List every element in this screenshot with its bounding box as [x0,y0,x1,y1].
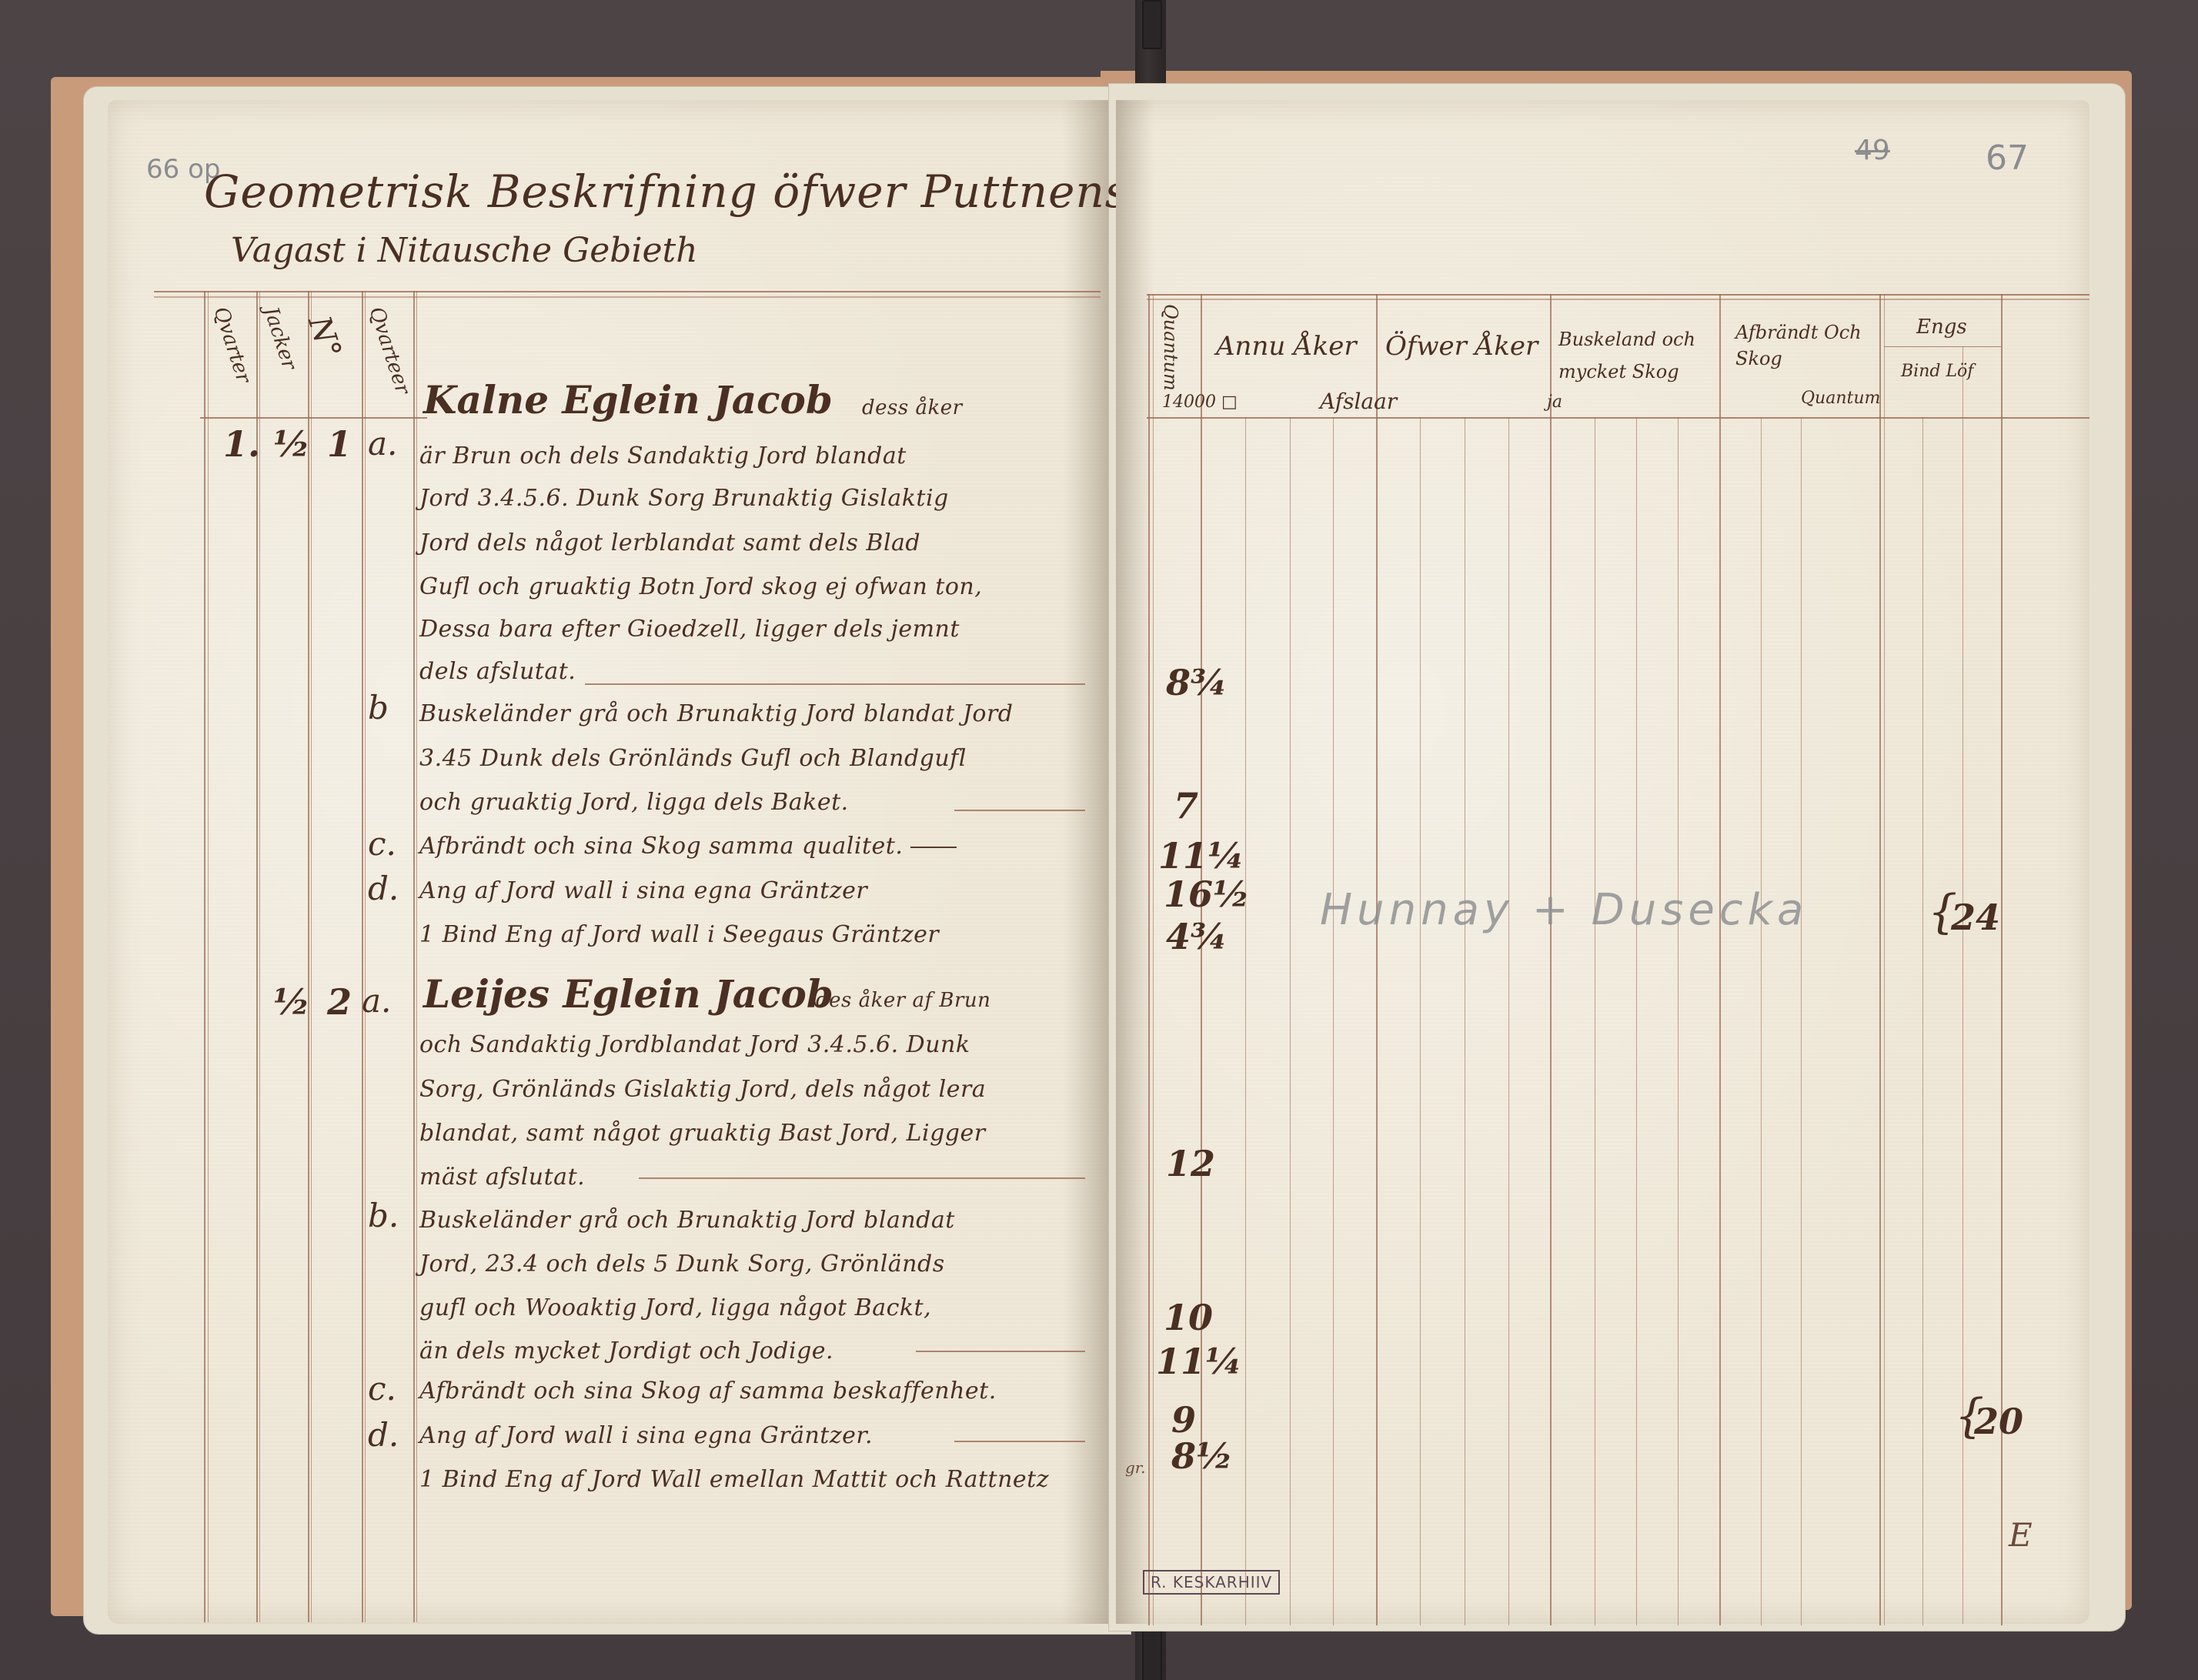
col-header-afbrandt: Afbrändt Och Skog [1735,319,1866,372]
entry1-item-a-letter: a. [368,425,397,463]
col-line [1465,417,1465,1625]
binding-clip-top [1142,0,1162,49]
col-line [416,291,417,1622]
entry1-d-line: Ang af Jord wall i sina egna Gräntzer [419,877,867,904]
col-line [204,291,205,1622]
col-sub-quantum: 14000 □ [1162,392,1238,412]
col-line [1922,417,1923,1625]
entry1-jacker: ½ [273,423,310,465]
quantum-value: 8½ [1171,1435,1233,1477]
entry2-item-c-letter: c. [368,1370,396,1408]
header-rule [154,291,1101,292]
entry1-e-line: 1 Bind Eng af Jord wall i Seegaus Gräntz… [419,921,939,948]
entry2-item-d-letter: d. [368,1416,399,1454]
entry2-item-a-letter: a. [362,982,391,1020]
entry1-b-line: 3.45 Dunk dels Grönländs Gufl och Blandg… [419,745,967,772]
col-header-buskeland: Buskeland och mycket Skog [1558,323,1712,388]
col-line [1245,417,1246,1625]
col-header-annu-aker: Annu Åker [1216,331,1357,362]
entry1-text-line: Jord 3.4.5.6. Dunk Sorg Brunaktig Gislak… [419,485,949,512]
margin-note: gr. [1125,1458,1146,1477]
quantum-value: 4¾ [1166,916,1228,957]
entry1-item-b-letter: b [368,689,389,726]
item-separator [585,683,1085,685]
col-sub-eng: Bind Löf [1901,362,1973,381]
entry2-d-line: Ang af Jord wall i sina egna Gräntzer. [419,1422,873,1449]
header-rule [1147,294,2089,296]
entry2-jacker: ½ [273,981,310,1023]
entry1-farm-name: Kalne Eglein Jacob [423,377,833,423]
col-line [362,291,363,1622]
entry1-text-line: Gufl och gruaktig Botn Jord skog ej ofwa… [419,573,982,600]
entry1-text-line: är Brun och dels Sandaktig Jord blandat [419,443,907,469]
col-line [1678,417,1679,1625]
col-line [311,291,312,1622]
quantum-value: 11¼ [1158,835,1244,877]
entry2-b-line: än dels mycket Jordigt och Jodige. [419,1338,833,1364]
item-separator [916,1351,1085,1352]
col-line [1636,417,1637,1625]
crossed-folio: 49 [1855,135,1890,166]
folio-number: 67 [1986,139,2029,178]
binding-clip-bottom [1142,1624,1162,1680]
col-line [1719,294,1721,1625]
col-line [308,291,309,1622]
col-line [1884,294,1885,1625]
corner-mark: E [2009,1516,2033,1554]
item-separator [954,810,1085,811]
quantum-value: 11¼ [1156,1341,1242,1382]
col-header-ofwer-aker: Öfwer Åker [1385,331,1538,362]
entry2-number: 2 [327,981,352,1023]
col-line [208,291,209,1622]
entry2-item-b-letter: b. [368,1197,399,1234]
entry2-e-line: 1 Bind Eng af Jord Wall emellan Mattit o… [419,1466,1049,1493]
entry1-text-line: Dessa bara efter Gioedzell, ligger dels … [419,616,960,643]
col-line [1420,417,1421,1625]
col-line [1508,417,1509,1625]
entry2-text-line: blandat, samt något gruaktig Bast Jord, … [419,1120,986,1147]
item-separator [954,1441,1085,1442]
gutter-shadow [1062,100,1108,1624]
col-line [1201,294,1202,1625]
header-rule-2 [154,296,1101,298]
col-line [1148,294,1150,1625]
column-header-rule [200,417,427,419]
col-header-eng: Engs [1916,316,1967,339]
entry2-b-line: Jord, 23.4 och dels 5 Dunk Sorg, Grönlän… [419,1251,945,1278]
col-line [1333,417,1334,1625]
entry2-text-line: och Sandaktig Jordblandat Jord 3.4.5.6. … [419,1031,970,1058]
quantum-value: 10 [1164,1297,1213,1338]
col-line [1595,417,1595,1625]
col-line [1376,294,1378,1625]
col-line [1879,294,1881,1625]
entry2-b-line: gufl och Wooaktig Jord, ligga något Back… [419,1294,931,1321]
entry1-item-c-letter: c. [368,825,396,863]
entry1-number: 1 [327,423,352,465]
col-sub-buskeland: ja [1547,392,1562,412]
quantum-value: 12 [1166,1143,1215,1184]
col-line [259,291,260,1622]
column-header-rule [1147,417,2089,419]
item-separator [639,1177,1085,1179]
entry2-text-line: des åker af Brun [816,989,990,1012]
archive-stamp: R. KESKARHIIV [1143,1570,1280,1595]
pencil-annotation: Hunnay + Dusecka [1320,885,1808,935]
col-line [1761,417,1762,1625]
col-line [1290,417,1291,1625]
col-sub-afbrandt: Quantum [1801,389,1880,408]
entry1-b-line: och gruaktig Jord, ligga dels Baket. [419,789,849,816]
header-rule-2 [1147,299,2089,300]
entry1-text-line: Jord dels något lerblandat samt dels Bla… [419,529,920,556]
bracket-total: 20 [1974,1401,2023,1442]
entry1-text-line: dess åker [862,396,963,419]
col-line [1550,294,1552,1625]
entry1-item-d-letter: d. [368,870,399,907]
entry2-text-line: Sorg, Grönländs Gislaktig Jord, dels någ… [419,1076,986,1103]
col-header-quantum: Quantum [1160,304,1181,391]
col-line [365,291,366,1622]
bracket-total: 24 [1951,897,2000,938]
quantum-value: 7 [1174,785,1198,827]
entry1-b-line: Buskeländer grå och Brunaktig Jord bland… [419,700,1014,727]
col-line [413,291,415,1622]
quantum-value: 16½ [1164,873,1250,915]
col-line [1153,294,1154,1625]
entry2-text-line: mäst afslutat. [419,1164,585,1191]
sub-header-rule [1884,346,2001,347]
quantum-value: 9 [1171,1399,1196,1441]
col-line [1801,417,1802,1625]
col-sub-annu-aker: Afslaar [1320,389,1397,414]
quantum-value: 8¾ [1166,662,1228,703]
entry2-b-line: Buskeländer grå och Brunaktig Jord bland… [419,1207,955,1234]
entry1-qvarter: 1. [223,423,260,465]
page-title-line1: Geometrisk Beskrifning öfwer Puttnens [204,165,1129,218]
page-title-line2: Vagast i Nitausche Gebieth [231,231,698,270]
entry2-farm-name: Leijes Eglein Jacob [423,971,833,1017]
col-line [256,291,258,1622]
entry1-c-line: Afbrändt och sina Skog samma qualitet. [419,833,957,860]
entry2-c-line: Afbrändt och sina Skog af samma beskaffe… [419,1378,997,1404]
entry1-text-line: dels afslutat. [419,658,576,685]
